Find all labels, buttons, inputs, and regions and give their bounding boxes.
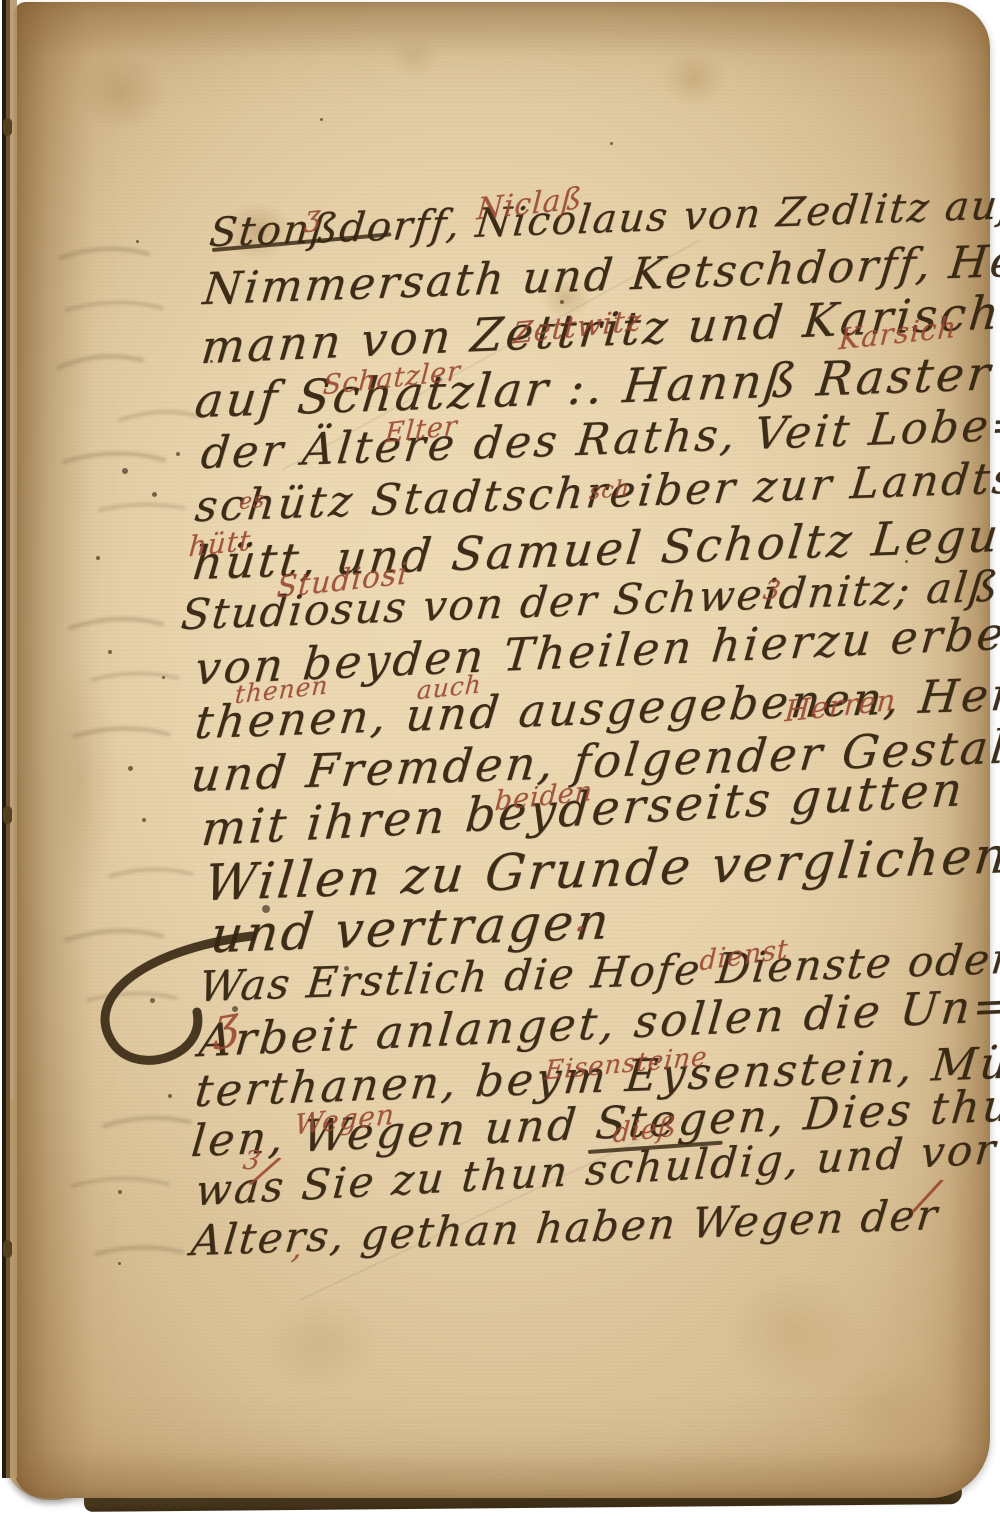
red-correction-6: Elter (384, 410, 459, 449)
red-correction-layer: NiclaßʒZettwitzKarsichSchatzlerElteressc… (0, 0, 1000, 1534)
red-correction-3: Zettwitz (512, 302, 643, 350)
red-correction-24: , (289, 1228, 307, 1266)
red-correction-4: Karsich (838, 310, 959, 357)
red-correction-13: auch (416, 669, 483, 705)
manuscript-scan: Stonßdorff, Nicolaus von Zedlitz aufNimm… (0, 0, 1000, 1534)
red-correction-1: Niclaß (476, 181, 584, 228)
red-correction-7: es (238, 487, 266, 515)
red-correction-10: Studiosi (276, 556, 410, 605)
red-correction-18: ʒ (214, 996, 239, 1052)
red-correction-12: thenen (234, 670, 329, 709)
red-correction-16: . (571, 892, 594, 941)
red-correction-2: ʒ (304, 198, 323, 233)
red-correction-11: 3 (761, 576, 784, 606)
red-correction-14: Herren (784, 682, 898, 728)
red-correction-9: hütt (188, 523, 253, 563)
red-correction-8: sch (588, 476, 630, 506)
red-correction-25: / (912, 1170, 944, 1221)
red-correction-20: Wegen (294, 1097, 396, 1141)
red-correction-17: dienst (699, 933, 789, 977)
red-correction-15: beiden (494, 776, 594, 818)
red-correction-5: Schatzler (322, 356, 462, 402)
red-correction-19: Eisensteine (543, 1042, 708, 1087)
